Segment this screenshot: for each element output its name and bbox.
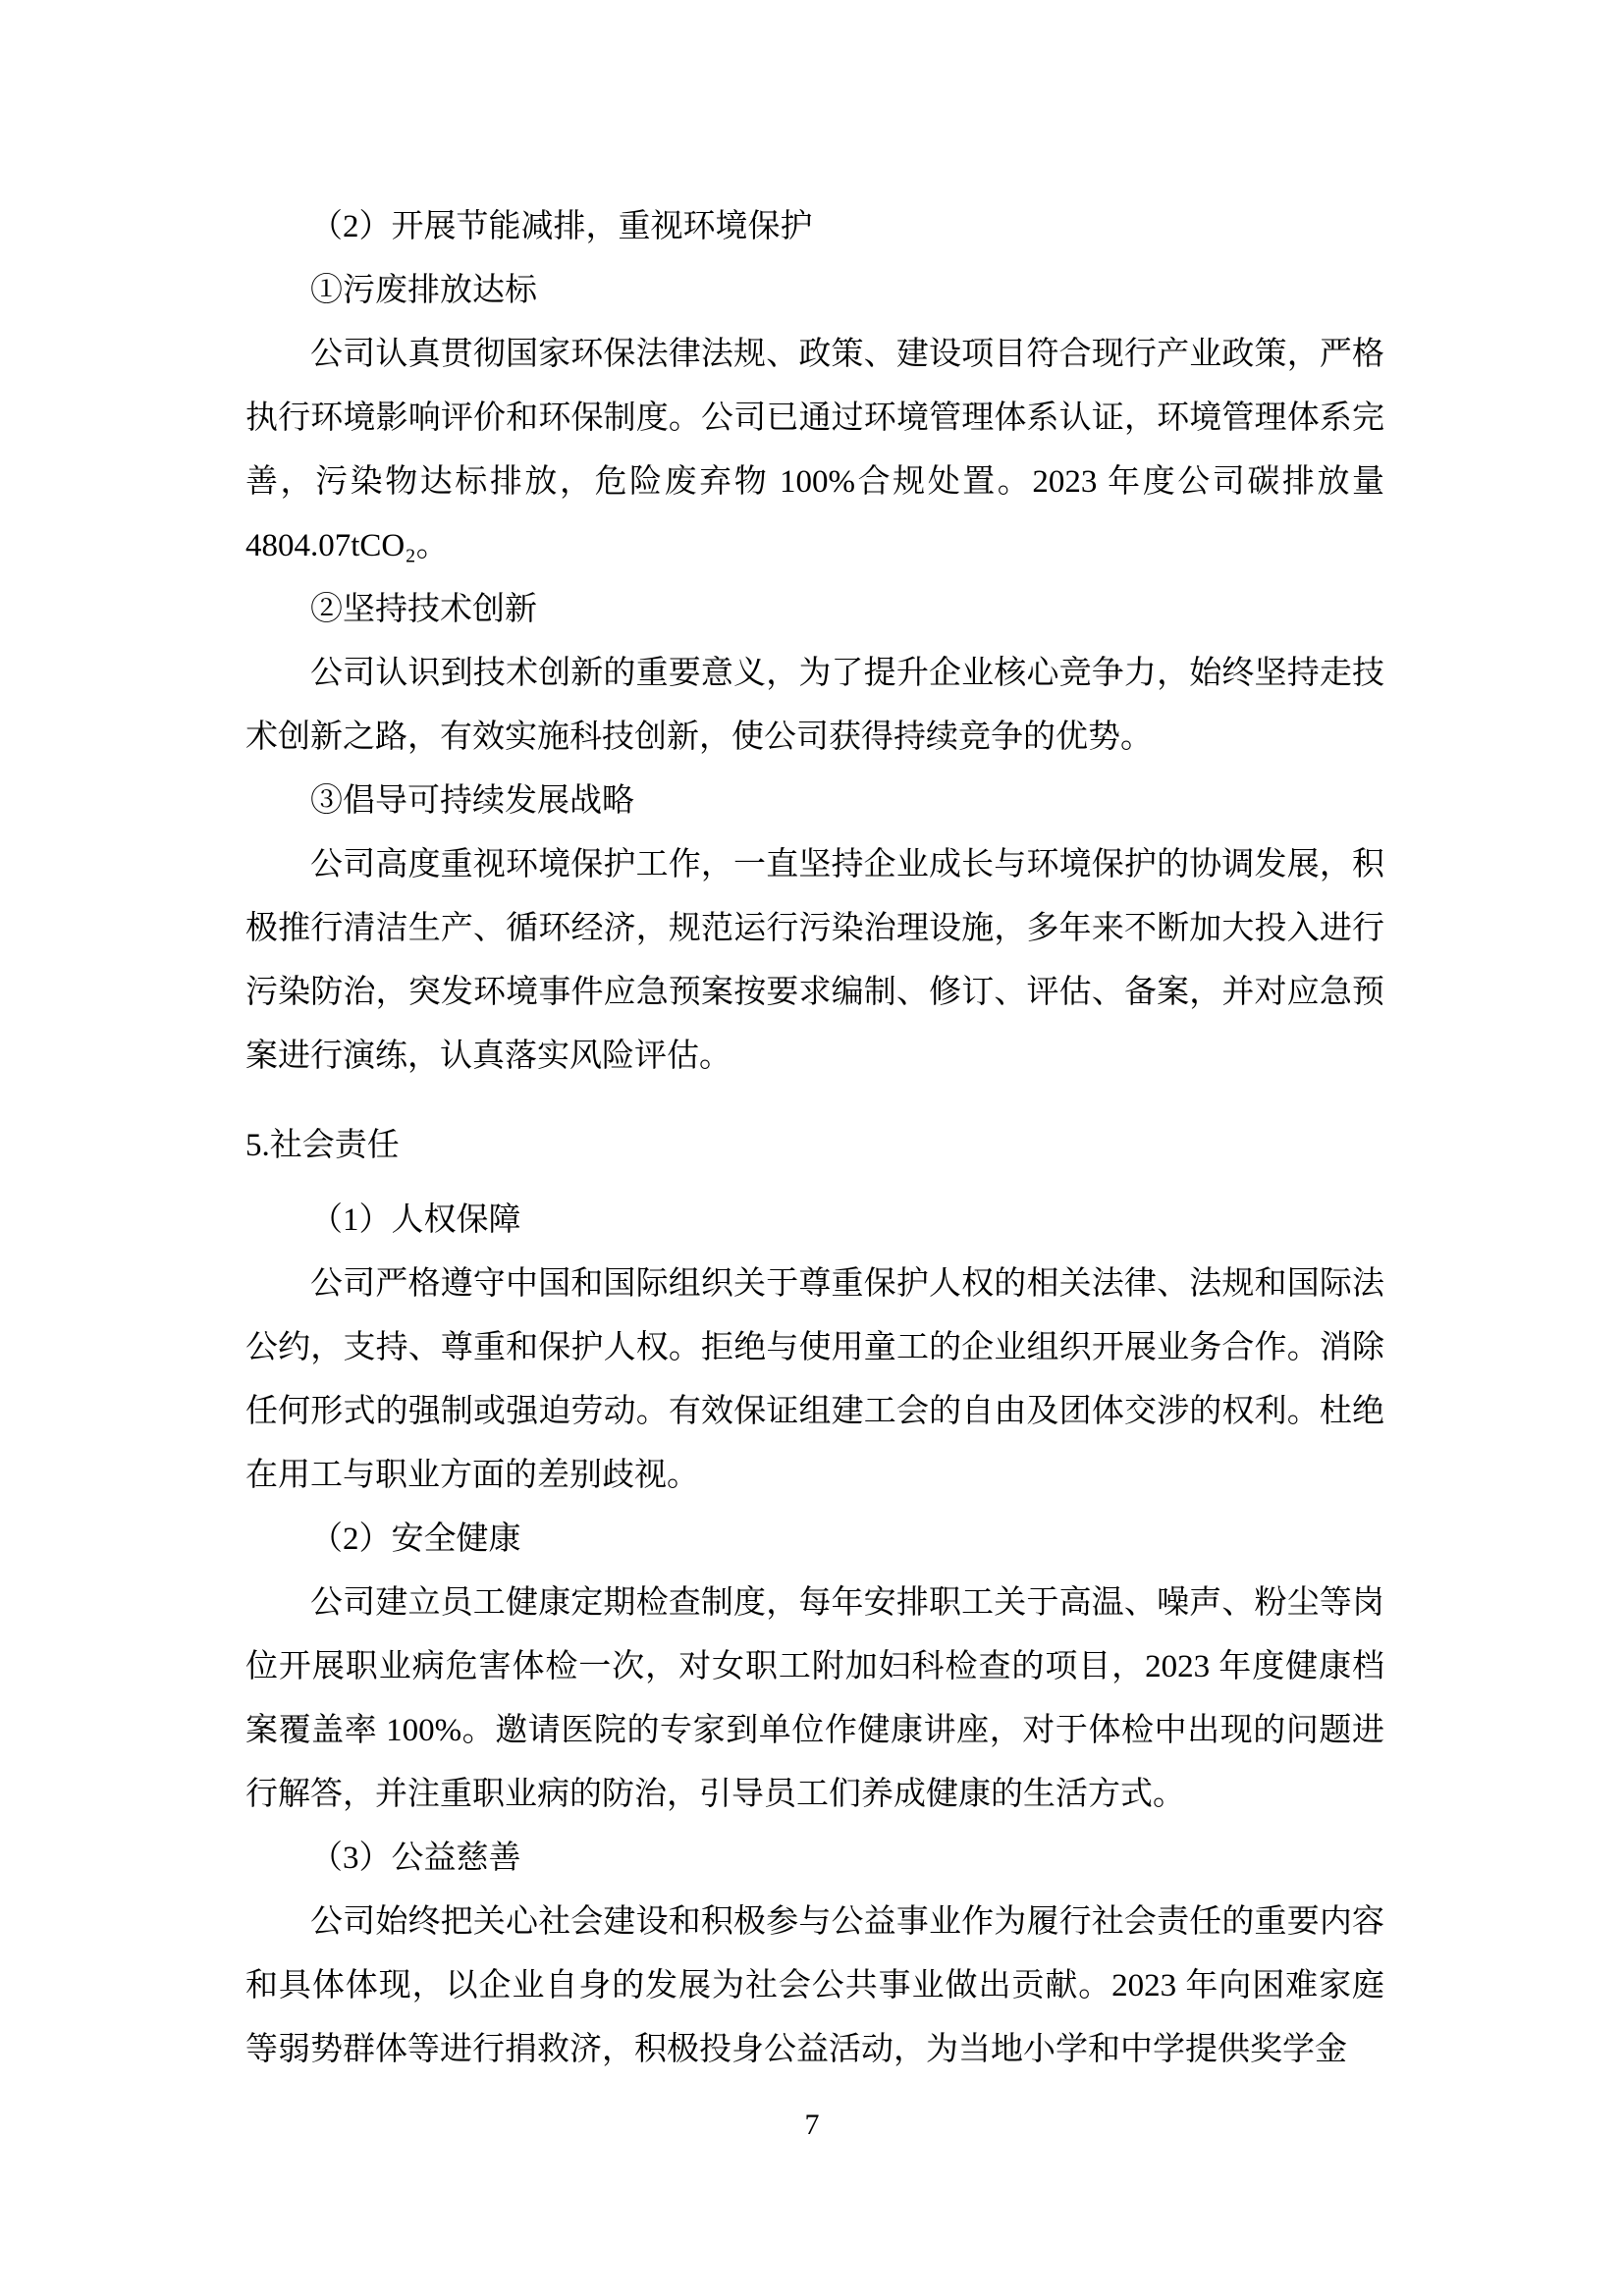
- heading-charity: （3）公益慈善: [245, 1827, 1384, 1891]
- page-content: （2）开展节能减排，重视环境保护 ①污废排放达标 公司认真贯彻国家环保法律法规、…: [245, 195, 1384, 2082]
- para-safety-health: 公司建立员工健康定期检查制度，每年安排职工关于高温、噪声、粉尘等岗位开展职业病危…: [245, 1572, 1384, 1827]
- page-number: 7: [0, 2101, 1624, 2150]
- para-charity: 公司始终把关心社会建设和积极参与公益事业作为履行社会责任的重要内容和具体体现，以…: [245, 1891, 1384, 2082]
- item-pollution-discharge: ①污废排放达标: [245, 259, 1384, 323]
- heading-energy-conservation: （2）开展节能减排，重视环境保护: [245, 195, 1384, 259]
- item-tech-innovation: ②坚持技术创新: [245, 578, 1384, 642]
- item-sustainable-strategy: ③倡导可持续发展战略: [245, 770, 1384, 833]
- para-human-rights: 公司严格遵守中国和国际组织关于尊重保护人权的相关法律、法规和国际法公约，支持、尊…: [245, 1253, 1384, 1508]
- heading-human-rights: （1）人权保障: [245, 1189, 1384, 1253]
- para-environmental-protection: 公司高度重视环境保护工作，一直坚持企业成长与环境保护的协调发展，积极推行清洁生产…: [245, 833, 1384, 1089]
- document-page: （2）开展节能减排，重视环境保护 ①污废排放达标 公司认真贯彻国家环保法律法规、…: [0, 0, 1624, 2296]
- para-environmental-compliance: 公司认真贯彻国家环保法律法规、政策、建设项目符合现行产业政策，严格执行环境影响评…: [245, 323, 1384, 578]
- heading-safety-health: （2）安全健康: [245, 1508, 1384, 1572]
- heading-social-responsibility: 5.社会责任: [245, 1106, 1384, 1185]
- para-tech-innovation: 公司认识到技术创新的重要意义，为了提升企业核心竞争力，始终坚持走技术创新之路，有…: [245, 642, 1384, 770]
